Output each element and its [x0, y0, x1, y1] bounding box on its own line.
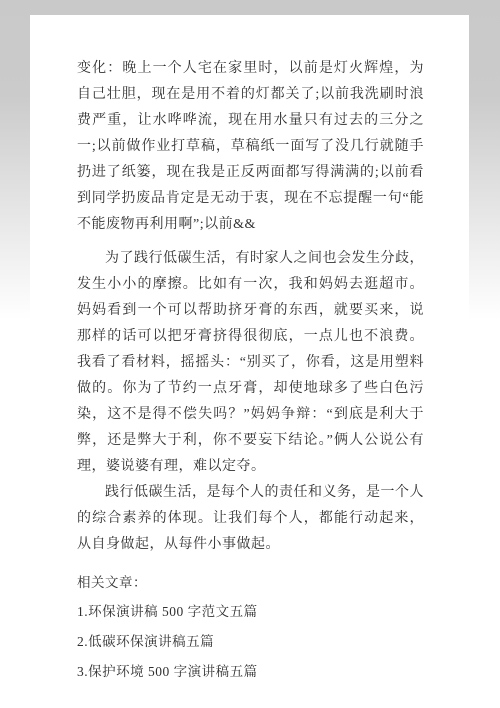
related-articles-list: 1.环保演讲稿 500 字范文五篇 2.低碳环保演讲稿五篇 3.保护环境 500…	[77, 599, 424, 685]
related-article-link-1[interactable]: 1.环保演讲稿 500 字范文五篇	[77, 599, 424, 625]
document-content: 变化：晚上一个人宅在家里时，以前是灯火辉煌，为自己壮胆，现在是用不着的灯都关了;…	[0, 0, 500, 689]
essay-paragraph-changes: 变化：晚上一个人宅在家里时，以前是灯火辉煌，为自己壮胆，现在是用不着的灯都关了;…	[77, 56, 424, 238]
related-article-link-3[interactable]: 3.保护环境 500 字演讲稿五篇	[77, 659, 424, 685]
essay-paragraph-supermarket-story: 为了践行低碳生活，有时家人之间也会发生分歧，发生小小的摩擦。比如有一次，我和妈妈…	[77, 246, 424, 480]
essay-paragraph-conclusion: 践行低碳生活，是每个人的责任和义务，是一个人的综合素养的体现。让我们每个人，都能…	[77, 480, 424, 558]
related-articles-heading: 相关文章：	[77, 570, 424, 596]
document-page: 变化：晚上一个人宅在家里时，以前是灯火辉煌，为自己壮胆，现在是用不着的灯都关了;…	[0, 0, 500, 708]
related-article-link-2[interactable]: 2.低碳环保演讲稿五篇	[77, 629, 424, 655]
